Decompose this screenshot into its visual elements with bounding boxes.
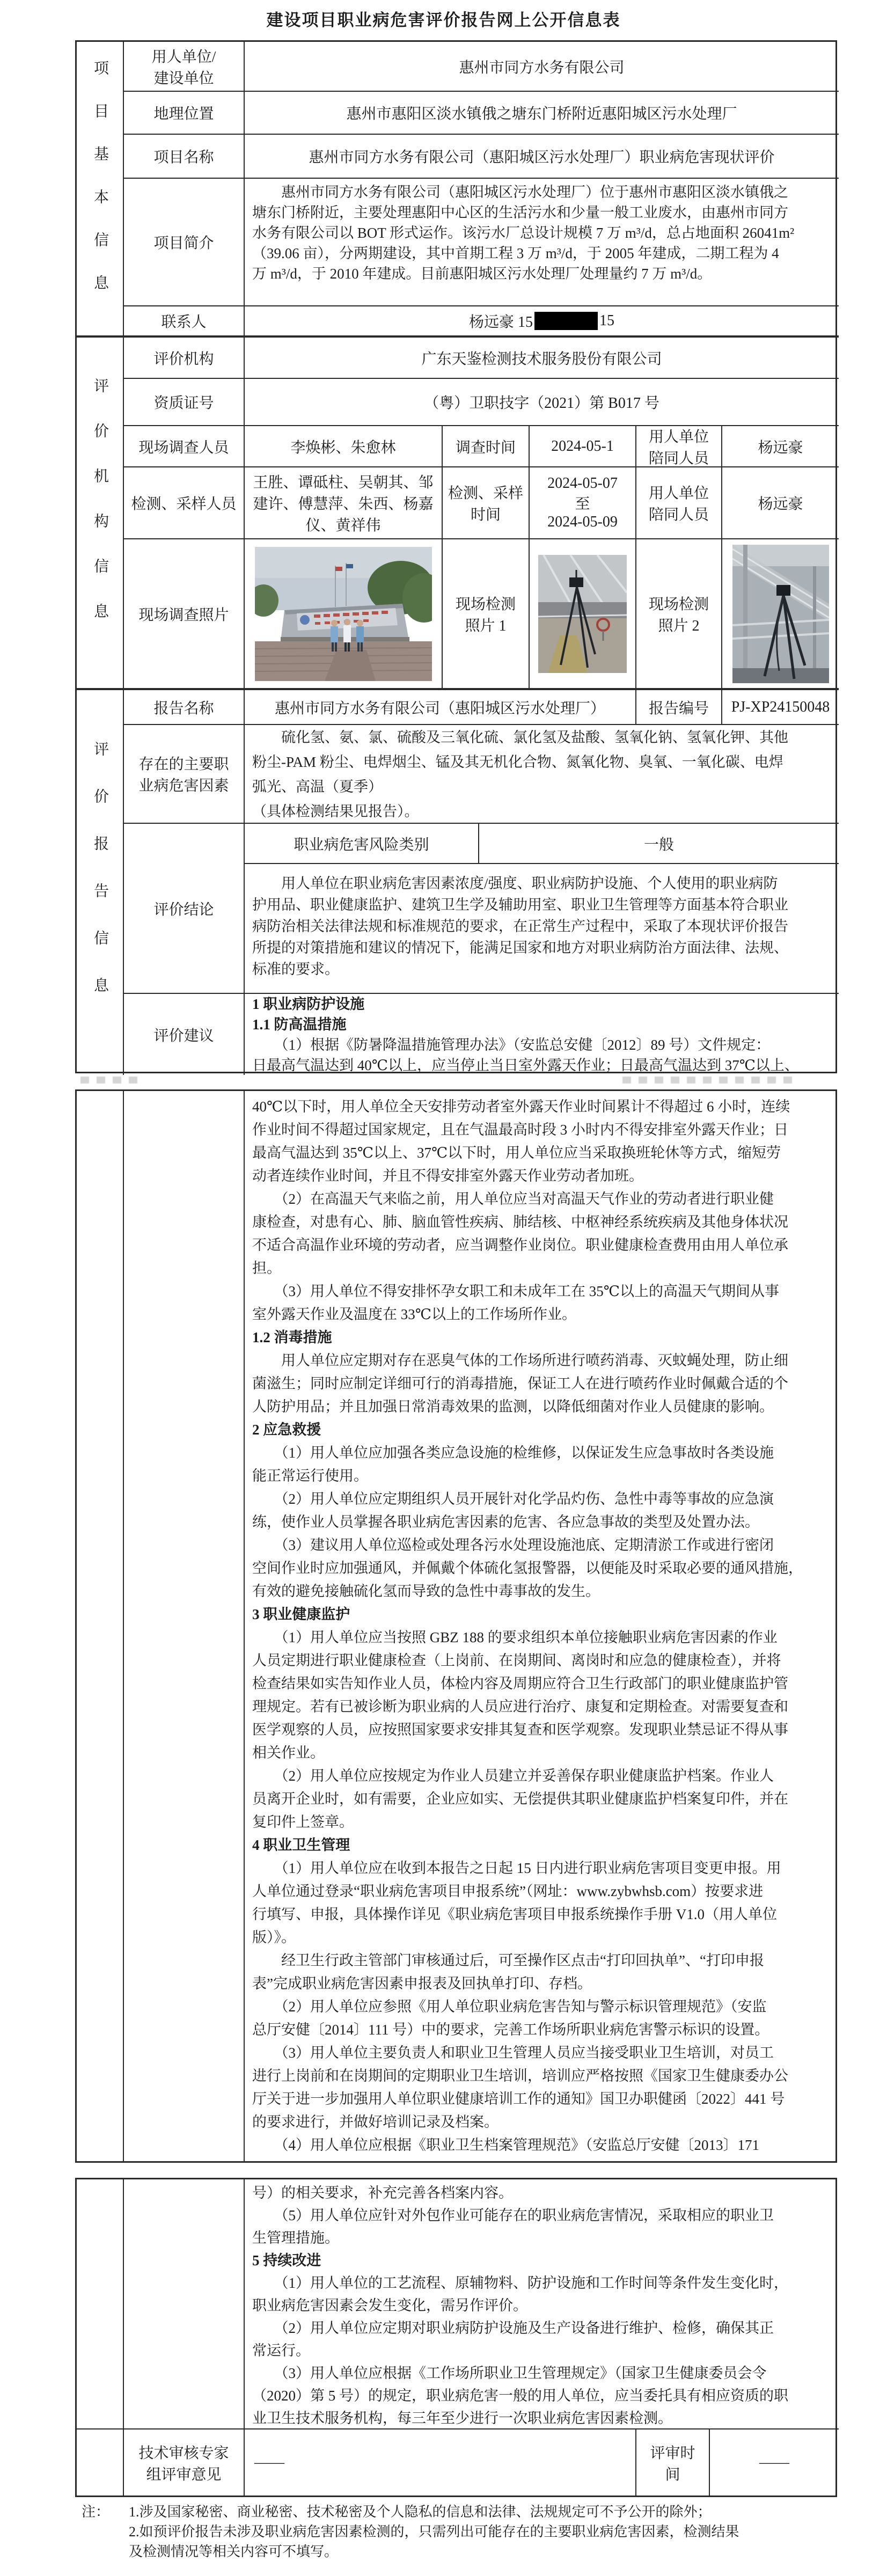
location-label: 地理位置 xyxy=(124,92,245,135)
contact-name-phone-prefix: 杨远豪 15 xyxy=(469,310,533,332)
conclusion-label: 评价结论 xyxy=(124,824,245,994)
page-break-remnant-right xyxy=(622,1077,800,1084)
project-intro-value: 惠州市同方水务有限公司（惠阳城区污水处理厂）位于惠州市惠阳区淡水镇俄之 塘东门桥… xyxy=(245,179,839,306)
employer-value: 惠州市同方水务有限公司 xyxy=(245,42,839,92)
label-column-continued-p3 xyxy=(124,2179,245,2429)
suggestion-label: 评价建议 xyxy=(124,994,245,1075)
conclusion-value: 用人单位在职业病危害因素浓度/强度、职业病防护设施、个人使用的职业病防 护用品、… xyxy=(245,864,839,994)
survey-photo-label: 现场调查照片 xyxy=(124,539,245,690)
survey-escort-label: 用人单位 陪同人员 xyxy=(636,426,722,467)
photo-sampling-tripod-2 xyxy=(732,545,829,683)
survey-staff-value: 李焕彬、朱愈林 xyxy=(245,426,443,467)
review-time-label: 评审时 间 xyxy=(636,2429,710,2495)
sampling-staff-value: 王胜、谭砥柱、吴朝其、邹建许、傅慧萍、朱西、杨嘉仪、黄祥伟 xyxy=(245,467,443,539)
site-test-photo2-image xyxy=(722,539,839,690)
group-label-project-basic-info: 项目基本信息 xyxy=(77,42,124,338)
group-label-report-info: 评价报告信息 xyxy=(77,690,124,1075)
location-value: 惠州市惠阳区淡水镇俄之塘东门桥附近惠阳城区污水处理厂 xyxy=(245,92,839,135)
license-label: 资质证号 xyxy=(124,379,245,426)
photo-group-at-plant-gate xyxy=(255,547,432,681)
risk-category-label: 职业病危害风险类别 xyxy=(245,824,479,863)
page-title: 建设项目职业病危害评价报告网上公开信息表 xyxy=(0,6,887,31)
risk-category-row: 职业病危害风险类别 一般 xyxy=(245,824,839,863)
contact-value: 杨远豪 1515 xyxy=(245,306,839,338)
group-column-continued-p3 xyxy=(77,2179,124,2429)
survey-escort-value: 杨远豪 xyxy=(722,426,839,467)
report-no-label: 报告编号 xyxy=(636,690,722,725)
footnote-label: 注： xyxy=(82,2502,129,2562)
site-test-photo1-image xyxy=(530,539,636,690)
hazard-factors-label: 存在的主要职 业病危害因素 xyxy=(124,725,245,824)
sampling-escort-value: 杨远豪 xyxy=(722,467,839,539)
label-column-continued xyxy=(124,1091,245,2161)
page-break-remnant-left xyxy=(80,1077,142,1084)
sampling-staff-label: 检测、采样人员 xyxy=(124,467,245,539)
project-intro-label: 项目简介 xyxy=(124,179,245,306)
survey-time-value: 2024-05-1 xyxy=(530,426,636,467)
review-time-value: —— xyxy=(710,2429,839,2495)
survey-time-label: 调查时间 xyxy=(443,426,530,467)
agency-label: 评价机构 xyxy=(124,338,245,379)
contact-label: 联系人 xyxy=(124,306,245,338)
employer-label: 用人单位/ 建设单位 xyxy=(124,42,245,92)
sampling-escort-label: 用人单位 陪同人员 xyxy=(636,467,722,539)
info-table-page1: 项目基本信息 评价机构信息 评价报告信息 用人单位/ 建设单位 惠州市同方水务有… xyxy=(75,40,837,1073)
sampling-time-label: 检测、采样 时间 xyxy=(443,467,530,539)
license-value: （粤）卫职技字（2021）第 B017 号 xyxy=(245,379,839,426)
photo-sampling-tripod-1 xyxy=(538,555,627,673)
contact-phone-suffix: 15 xyxy=(599,312,614,330)
suggestion-lines-page2: 40℃以下时，用人单位全天安排劳动者室外露天作业时间累计不得超过 6 小时，连续… xyxy=(245,1091,839,2161)
sampling-time-value: 2024-05-07 至 2024-05-09 xyxy=(530,467,636,539)
phone-redaction-box xyxy=(534,312,598,330)
group-label-agency-info: 评价机构信息 xyxy=(77,338,124,690)
review-opinion-value: —— xyxy=(245,2429,636,2495)
group-column-continued xyxy=(77,1091,124,2161)
suggestion-lines-page1: 1 职业病防护设施1.1 防高温措施 （1）根据《防暑降温措施管理办法》（安监总… xyxy=(245,994,839,1075)
document-page: 建设项目职业病危害评价报告网上公开信息表 项目基本信息 评价机构信息 评价报告信… xyxy=(0,0,887,2576)
review-group-cell xyxy=(77,2429,124,2495)
agency-value: 广东天鉴检测技术服务股份有限公司 xyxy=(245,338,839,379)
footnote-lines: 1.涉及国家秘密、商业秘密、技术秘密及个人隐私的信息和法律、法规规定可不予公开的… xyxy=(129,2502,739,2562)
report-name-label: 报告名称 xyxy=(124,690,245,725)
report-no-value: PJ-XP24150048 xyxy=(722,690,839,725)
info-table-page2: 40℃以下时，用人单位全天安排劳动者室外露天作业时间累计不得超过 6 小时，连续… xyxy=(75,1089,837,2163)
project-name-label: 项目名称 xyxy=(124,135,245,179)
risk-category-value: 一般 xyxy=(479,824,839,863)
survey-staff-label: 现场调查人员 xyxy=(124,426,245,467)
site-test-photo2-label: 现场检测 照片 2 xyxy=(636,539,722,690)
suggestion-lines-page3: 号）的相关要求，补充完善各档案内容。 （5）用人单位应针对外包作业可能存在的职业… xyxy=(245,2179,839,2429)
review-label: 技术审核专家 组评审意见 xyxy=(124,2429,245,2495)
report-name-value: 惠州市同方水务有限公司（惠阳城区污水处理厂） xyxy=(245,690,636,725)
project-name-value: 惠州市同方水务有限公司（惠阳城区污水处理厂）职业病危害现状评价 xyxy=(245,135,839,179)
hazard-factors-value: 硫化氢、氨、氯、硫酸及三氧化硫、氯化氢及盐酸、氢氧化钠、氢氧化钾、其他 粉尘-P… xyxy=(245,725,839,824)
survey-photo-image xyxy=(245,539,443,690)
site-test-photo1-label: 现场检测 照片 1 xyxy=(443,539,530,690)
footnotes: 注： 1.涉及国家秘密、商业秘密、技术秘密及个人隐私的信息和法律、法规规定可不予… xyxy=(82,2502,739,2562)
info-table-page3: 号）的相关要求，补充完善各档案内容。 （5）用人单位应针对外包作业可能存在的职业… xyxy=(75,2178,837,2497)
